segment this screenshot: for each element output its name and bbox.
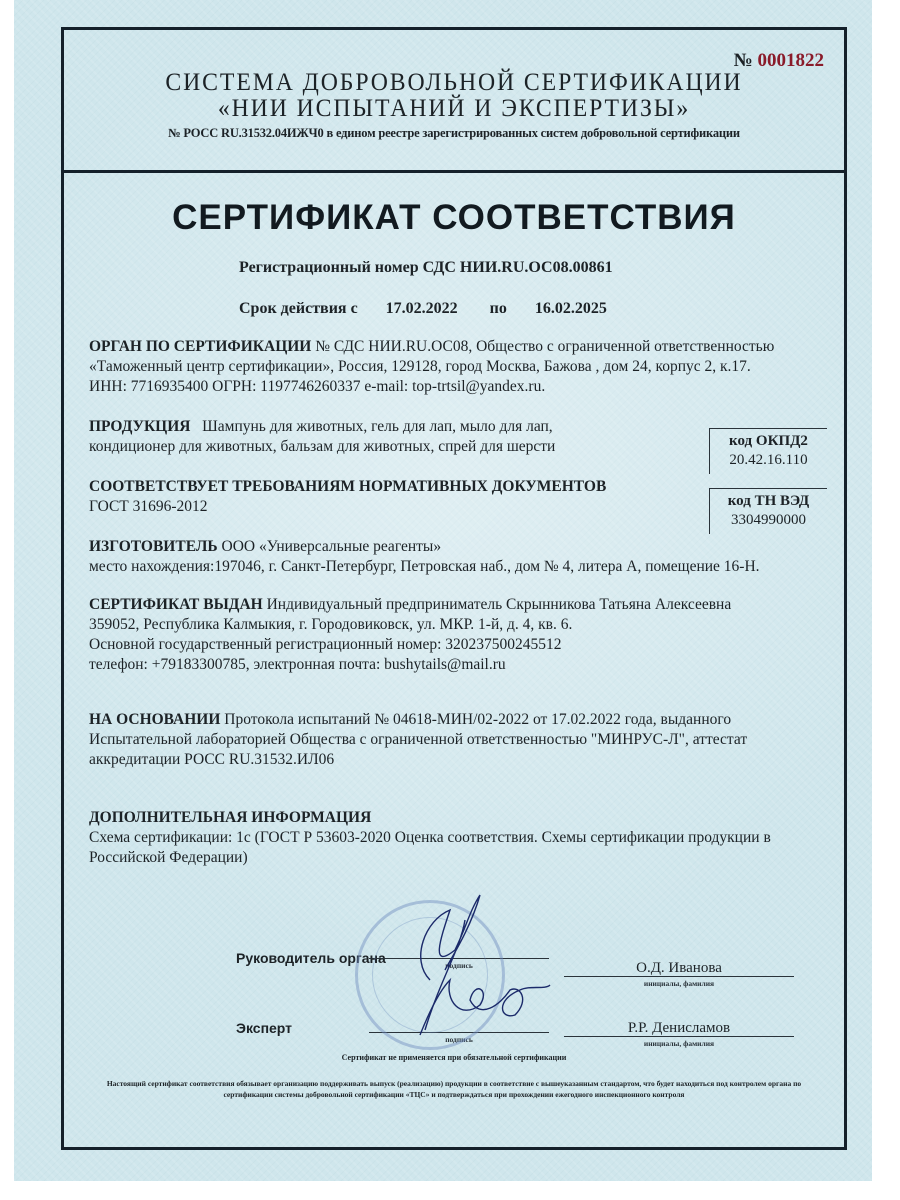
document-title: СЕРТИФИКАТ СООТВЕТСТВИЯ	[64, 198, 844, 238]
issued-to-contacts: телефон: +79183300785, электронная почта…	[89, 655, 829, 675]
inspection-obligation-note: Настоящий сертификат соответствия обязыв…	[94, 1078, 814, 1100]
validity-to-label: по	[490, 300, 507, 318]
validity-from-label: Срок действия с	[239, 300, 358, 318]
handwritten-signatures	[370, 890, 570, 1040]
issued-to-ogrn: Основной государственный регистрационный…	[89, 635, 829, 655]
certification-body-section: ОРГАН ПО СЕРТИФИКАЦИИ № СДС НИИ.RU.ОС08,…	[89, 337, 789, 397]
issued-to-heading: СЕРТИФИКАТ ВЫДАН	[89, 596, 263, 613]
manufacturer-heading: ИЗГОТОВИТЕЛЬ	[89, 538, 218, 555]
system-registry-note: № РОСС RU.31532.04ИЖЧ0 в едином реестре …	[64, 126, 844, 141]
head-of-body-name: О.Д. Иванова	[564, 960, 794, 977]
tn-ved-label: код ТН ВЭД	[710, 492, 827, 511]
manufacturer-address: место нахождения:197046, г. Санкт-Петерб…	[89, 557, 849, 577]
issued-to-section: СЕРТИФИКАТ ВЫДАН Индивидуальный предприн…	[89, 595, 829, 675]
products-section: ПРОДУКЦИЯ Шампунь для животных, гель для…	[89, 417, 629, 457]
additional-info-section: ДОПОЛНИТЕЛЬНАЯ ИНФОРМАЦИЯ Схема сертифик…	[89, 808, 839, 868]
voluntary-only-note: Сертификат не применяется при обязательн…	[64, 1053, 844, 1062]
tn-ved-value: 3304990000	[710, 511, 827, 530]
issued-to-applicant: Индивидуальный предприниматель Скрыннико…	[267, 596, 732, 613]
additional-info-text: Схема сертификации: 1с (ГОСТ Р 53603-202…	[89, 828, 839, 868]
number-sign: №	[734, 50, 753, 71]
registration-label: Регистрационный номер	[239, 259, 419, 276]
additional-info-heading: ДОПОЛНИТЕЛЬНАЯ ИНФОРМАЦИЯ	[89, 808, 839, 828]
compliance-heading: СООТВЕТСТВУЕТ ТРЕБОВАНИЯМ НОРМАТИВНЫХ ДО…	[89, 477, 709, 497]
compliance-standard: ГОСТ 31696-2012	[89, 497, 709, 517]
expert-label: Эксперт	[236, 1020, 292, 1036]
certification-body-heading: ОРГАН ПО СЕРТИФИКАЦИИ	[89, 338, 311, 355]
serial-number-value: 0001822	[758, 50, 825, 71]
expert-name: Р.Р. Денисламов	[564, 1020, 794, 1037]
validity-to-date: 16.02.2025	[535, 300, 607, 318]
registration-number: Регистрационный номер СДС НИИ.RU.ОС08.00…	[239, 259, 613, 277]
okpd2-code-box: код ОКПД2 20.42.16.110	[709, 428, 827, 474]
registration-value: СДС НИИ.RU.ОС08.00861	[423, 259, 613, 276]
manufacturer-section: ИЗГОТОВИТЕЛЬ ООО «Универсальные реагенты…	[89, 537, 849, 577]
expert-name-caption: инициалы, фамилия	[564, 1039, 794, 1048]
products-heading: ПРОДУКЦИЯ	[89, 418, 191, 435]
okpd2-label: код ОКПД2	[710, 432, 827, 451]
head-name-caption: инициалы, фамилия	[564, 979, 794, 988]
system-title: СИСТЕМА ДОБРОВОЛЬНОЙ СЕРТИФИКАЦИИ «НИИ И…	[84, 70, 825, 122]
certification-system-header: № 0001822 СИСТЕМА ДОБРОВОЛЬНОЙ СЕРТИФИКА…	[64, 30, 844, 173]
validity-from-date: 17.02.2022	[386, 300, 458, 318]
system-title-line-2: «НИИ ИСПЫТАНИЙ И ЭКСПЕРТИЗЫ»	[84, 96, 825, 122]
head-name-line	[564, 976, 794, 977]
basis-section: НА ОСНОВАНИИ Протокола испытаний № 04618…	[89, 710, 814, 770]
system-title-line-1: СИСТЕМА ДОБРОВОЛЬНОЙ СЕРТИФИКАЦИИ	[84, 70, 825, 96]
okpd2-value: 20.42.16.110	[710, 451, 827, 470]
basis-heading: НА ОСНОВАНИИ	[89, 711, 220, 728]
expert-name-line	[564, 1036, 794, 1037]
validity-period: Срок действия с 17.02.2022 по 16.02.2025	[239, 300, 607, 318]
manufacturer-name: ООО «Универсальные реагенты»	[222, 538, 442, 555]
issued-to-address: 359052, Республика Калмыкия, г. Городови…	[89, 615, 829, 635]
certificate-serial-number: № 0001822	[734, 50, 824, 72]
tn-ved-code-box: код ТН ВЭД 3304990000	[709, 488, 827, 534]
compliance-section: СООТВЕТСТВУЕТ ТРЕБОВАНИЯМ НОРМАТИВНЫХ ДО…	[89, 477, 709, 517]
